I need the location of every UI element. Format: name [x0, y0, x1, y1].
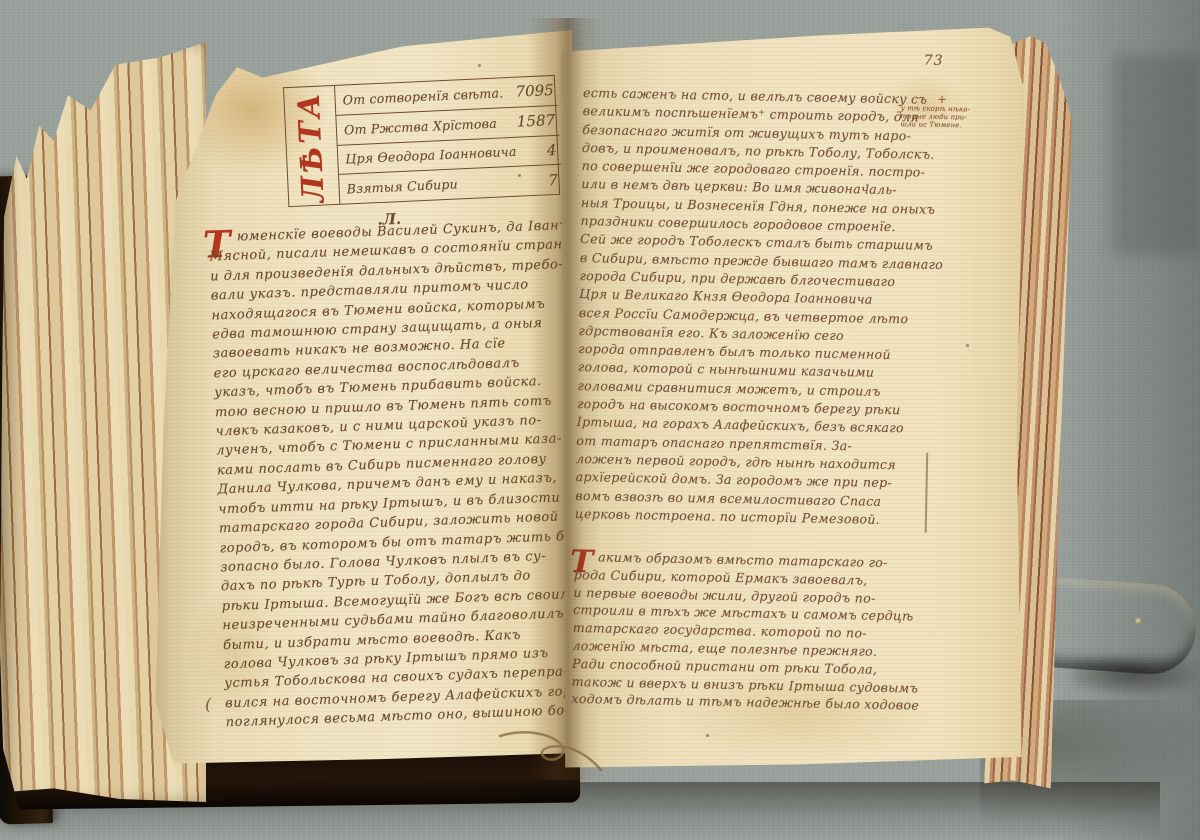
years-table-rows: От сотворенїя свѣта. 7095 От Ржства Хрїс… — [335, 76, 562, 204]
margin-mark: ( — [205, 695, 212, 714]
left-page-content: 72об ЛѢТА От сотворенїя свѣта. 7095 От Р… — [196, 36, 589, 772]
years-table-header-label: ЛѢТА — [292, 89, 332, 202]
manuscript-text-right-2: акимъ образомъ вмѣсто татарскаго го-рода… — [571, 548, 952, 715]
folio-number-right: 73 — [924, 53, 944, 69]
leather-clasp-strap — [1043, 577, 1199, 677]
era-value: 7095 — [513, 81, 554, 101]
right-page: 73 + у тѣ скорѣ нѣко-торые люди при-шли … — [556, 14, 1042, 772]
folio-number-left: 72об — [235, 47, 281, 73]
cloth-shadow-top-right — [1112, 55, 1200, 255]
era-label: Взятыя Сибири — [346, 174, 518, 197]
manuscript-photo: 72об ЛѢТА От сотворенїя свѣта. 7095 От Р… — [0, 0, 1200, 840]
era-label: От сотворенїя свѣта. — [342, 85, 514, 108]
era-value: 7 — [517, 171, 558, 191]
years-table: ЛѢТА От сотворенїя свѣта. 7095 От Ржства… — [283, 75, 560, 207]
era-label: Цря Ѳеодора Іоанновича — [345, 144, 517, 167]
left-page: 72об ЛѢТА От сотворенїя свѣта. 7095 От Р… — [148, 24, 572, 768]
manuscript-text-left: юменскїе воеводы Василей Сукинъ, да Іван… — [209, 216, 588, 733]
era-label: От Ржства Хрїстова — [344, 114, 516, 137]
manuscript-text-right-1: есть саженъ на сто, и велѣлъ своему войс… — [575, 84, 961, 530]
era-value: 4 — [516, 141, 557, 161]
right-page-content: 73 + у тѣ скорѣ нѣко-торые люди при-шли … — [569, 44, 962, 751]
era-value: 1587 — [515, 111, 556, 131]
years-table-header: ЛѢТА — [284, 86, 340, 206]
bookmark-thread — [492, 726, 612, 778]
ink-speck — [966, 344, 969, 347]
